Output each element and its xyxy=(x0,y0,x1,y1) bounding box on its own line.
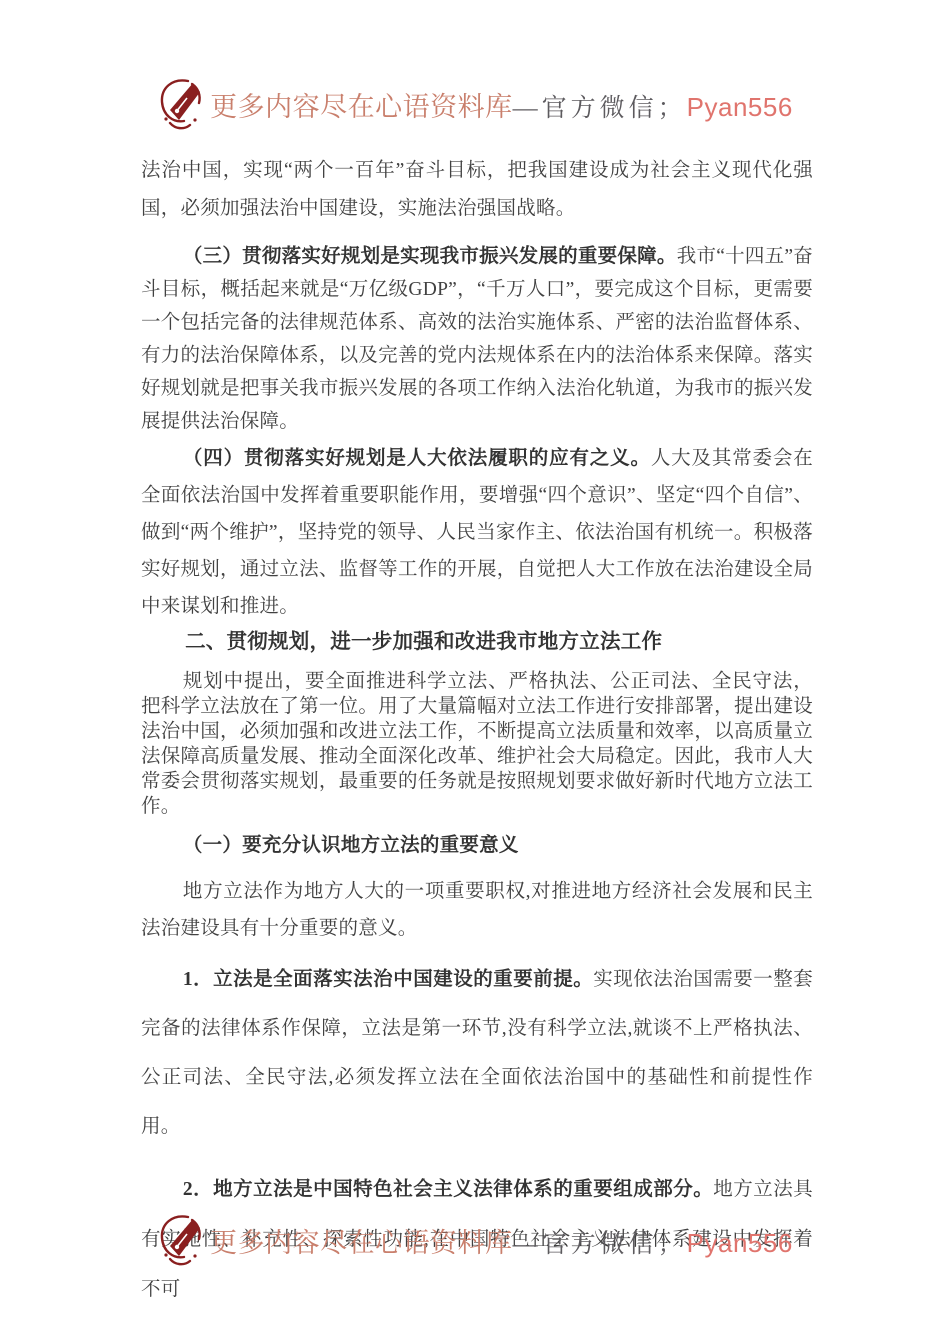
banner-wechat-id: Pyan556 xyxy=(687,92,793,123)
paragraph: 1．立法是全面落实法治中国建设的重要前提。实现依法治国需要一整套完备的法律体系作… xyxy=(141,955,813,1151)
banner-wechat-label: —官方微信； xyxy=(513,1224,687,1260)
banner-slogan: 更多内容尽在心语资料库 xyxy=(210,1221,513,1260)
bold-text-run: 二、贯彻规划，进一步加强和改进我市地方立法工作 xyxy=(185,630,662,653)
banner-wechat-label: —官方微信； xyxy=(513,88,687,124)
bold-text-run: （四）贯彻落实好规划是人大依法履职的应有之义。 xyxy=(183,448,651,469)
text-run: 法治中国，实现“两个一百年”奋斗目标，把我国建设成为社会主义现代化强国，必须加强… xyxy=(141,160,813,219)
footer-banner: 更多内容尽在心语资料库 —官方微信； Pyan556 xyxy=(0,1204,950,1276)
banner-wechat-id: Pyan556 xyxy=(687,1228,793,1259)
bold-text-run: （三）贯彻落实好规划是实现我市振兴发展的重要保障。 xyxy=(183,246,677,267)
bold-text-run: 2．地方立法是中国特色社会主义法律体系的重要组成部分。 xyxy=(183,1179,713,1200)
document-body: 法治中国，实现“两个一百年”奋斗目标，把我国建设成为社会主义现代化强国，必须加强… xyxy=(141,148,813,1315)
paragraph: （四）贯彻落实好规划是人大依法履职的应有之义。人大及其常委会在全面依法治国中发挥… xyxy=(141,440,813,625)
header-banner: 更多内容尽在心语资料库 —官方微信； Pyan556 xyxy=(0,68,950,140)
paragraph: 地方立法作为地方人大的一项重要职权,对推进地方经济社会发展和民主法治建设具有十分… xyxy=(141,873,813,947)
paragraph: （三）贯彻落实好规划是实现我市振兴发展的重要保障。我市“十四五”奋斗目标，概括起… xyxy=(141,240,813,438)
text-run: 实现依法治国需要一整套完备的法律体系作保障，立法是第一环节,没有科学立法,就谈不… xyxy=(141,969,813,1137)
pen-nib-logo-icon xyxy=(157,1210,203,1270)
pen-nib-logo-icon xyxy=(157,74,203,134)
bold-text-run: （一）要充分认识地方立法的重要意义 xyxy=(183,835,519,856)
paragraph: 规划中提出，要全面推进科学立法、严格执法、公正司法、全民守法，把科学立法放在了第… xyxy=(141,669,813,819)
banner-slogan: 更多内容尽在心语资料库 xyxy=(210,85,513,124)
text-run: 规划中提出，要全面推进科学立法、严格执法、公正司法、全民守法，把科学立法放在了第… xyxy=(141,671,813,817)
paragraph: 法治中国，实现“两个一百年”奋斗目标，把我国建设成为社会主义现代化强国，必须加强… xyxy=(141,152,813,228)
text-run: 地方立法作为地方人大的一项重要职权,对推进地方经济社会发展和民主法治建设具有十分… xyxy=(141,881,813,939)
paragraph: （一）要充分认识地方立法的重要意义 xyxy=(141,831,813,861)
text-run: 我市“十四五”奋斗目标，概括起来就是“万亿级GDP”，“千万人口”，要完成这个目… xyxy=(141,246,813,432)
header-banner-text: 更多内容尽在心语资料库 —官方微信； Pyan556 xyxy=(210,85,793,124)
paragraph: 二、贯彻规划，进一步加强和改进我市地方立法工作 xyxy=(141,627,813,657)
footer-banner-text: 更多内容尽在心语资料库 —官方微信； Pyan556 xyxy=(210,1221,793,1260)
document-page: 更多内容尽在心语资料库 —官方微信； Pyan556 法治中国，实现“两个一百年… xyxy=(0,0,950,1344)
bold-text-run: 1．立法是全面落实法治中国建设的重要前提。 xyxy=(183,969,593,990)
text-run: 人大及其常委会在全面依法治国中发挥着重要职能作用，要增强“四个意识”、坚定“四个… xyxy=(141,448,813,617)
